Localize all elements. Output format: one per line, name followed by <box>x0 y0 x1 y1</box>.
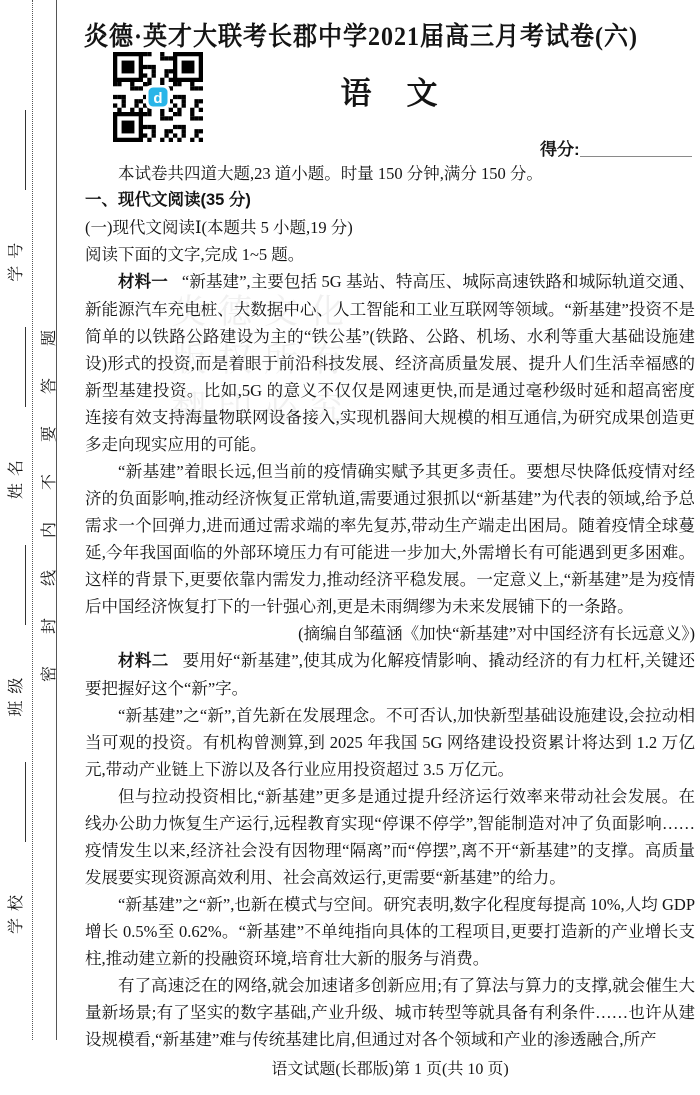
material2-paragraph1: 材料二要用好“新基建”,使其成为化解疫情影响、撬动经济的有力杠杆,关键还要把握好… <box>85 647 695 702</box>
student-id-label: 学号 <box>3 236 26 282</box>
material1-paragraph1-text: “新基建”,主要包括 5G 基站、特高压、城际高速铁路和城际轨道交通、新能源汽车… <box>85 272 695 454</box>
material1-paragraph1: 材料一“新基建”,主要包括 5G 基站、特高压、城际高速铁路和城际轨道交通、新能… <box>85 268 695 458</box>
school-blank-line <box>9 762 26 842</box>
exam-paper-page: 学校 班级 姓名 学号 密封线内不要答题 炎德文化 版权所有 翻印必究 炎德·英… <box>0 0 700 1095</box>
subject-title: 语 文 <box>85 68 695 113</box>
exam-intro: 本试卷共四道大题,23 道小题。时量 150 分钟,满分 150 分。 <box>85 160 695 187</box>
section-subheading: (一)现代文阅读Ⅰ(本题共 5 小题,19 分) <box>85 214 695 241</box>
material1-source: (摘编自邹蕴涵《加快“新基建”对中国经济有长远意义》) <box>85 620 695 647</box>
material2-paragraph4: “新基建”之“新”,也新在模式与空间。研究表明,数字化程度每提高 10%,人均 … <box>85 891 695 972</box>
material2-label: 材料二 <box>118 652 169 670</box>
page-footer: 语文试题(长郡版)第 1 页(共 10 页) <box>85 1056 695 1079</box>
score-row: 得分: <box>540 135 692 160</box>
material2-paragraph5: 有了高速泛在的网络,就会加速诸多创新应用;有了算法与算力的支撑,就会催生大量新场… <box>85 972 695 1053</box>
seal-dotted-line <box>32 0 33 1040</box>
material1-label: 材料一 <box>118 273 168 291</box>
section-heading: 一、现代文阅读(35 分) <box>85 187 695 214</box>
score-blank-line <box>580 153 692 157</box>
class-label: 班级 <box>3 671 26 717</box>
seal-notice: 密封线内不要答题 <box>36 288 58 692</box>
material1-paragraph2: “新基建”着眼长远,但当前的疫情确实赋予其更多责任。要想尽快降低疫情对经济的负面… <box>85 458 695 620</box>
material2-paragraph3: 但与拉动投资相比,“新基建”更多是通过提升经济运行效率来带动社会发展。在线办公助… <box>85 783 695 891</box>
student-info-fields: 学校 班级 姓名 学号 <box>2 110 26 934</box>
class-blank-line <box>9 545 26 625</box>
student-id-blank-line <box>9 110 26 190</box>
name-label: 姓名 <box>3 453 26 499</box>
reading-instruction: 阅读下面的文字,完成 1~5 题。 <box>85 241 695 268</box>
score-label: 得分: <box>540 140 580 159</box>
main-content: 本试卷共四道大题,23 道小题。时量 150 分钟,满分 150 分。 一、现代… <box>85 160 695 1053</box>
name-blank-line <box>9 327 26 407</box>
exam-title: 炎德·英才大联考长郡中学2021届高三月考试卷(六) <box>84 15 696 53</box>
material2-paragraph2: “新基建”之“新”,首先新在发展理念。不可否认,加快新型基础设施建设,会拉动相当… <box>85 702 695 783</box>
school-label: 学校 <box>3 888 26 934</box>
material2-paragraph1-text: 要用好“新基建”,使其成为化解疫情影响、撬动经济的有力杠杆,关键还要把握好这个“… <box>85 651 695 698</box>
